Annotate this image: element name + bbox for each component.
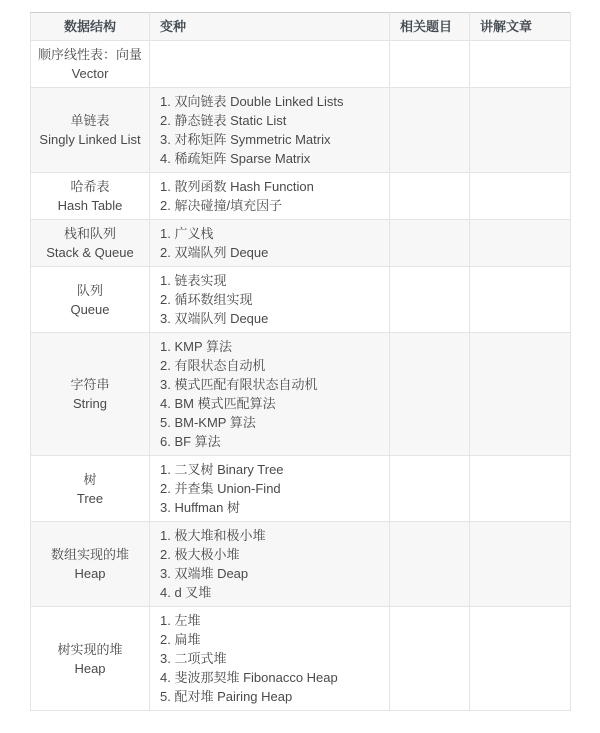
table-row: 栈和队列 Stack & Queue 1. 广义栈2. 双端队列 Deque [31,220,571,267]
variants-cell: 1. 广义栈2. 双端队列 Deque [150,220,390,267]
structure-cell: 树实现的堆 Heap [31,607,150,711]
col-header-variants: 变种 [150,13,390,41]
problems-cell [390,173,470,220]
table-row: 字符串 String 1. KMP 算法2. 有限状态自动机3. 模式匹配有限状… [31,333,571,456]
structure-cell: 字符串 String [31,333,150,456]
structure-cell: 顺序线性表：向量 Vector [31,41,150,88]
articles-cell [470,333,571,456]
articles-cell [470,607,571,711]
variants-cell: 1. 二叉树 Binary Tree2. 并查集 Union-Find3. Hu… [150,456,390,522]
problems-cell [390,220,470,267]
variant-item: 3. Huffman 树 [160,498,379,517]
variants-cell: 1. 散列函数 Hash Function2. 解决碰撞/填充因子 [150,173,390,220]
variant-item: 2. 静态链表 Static List [160,111,379,130]
structure-name-en: Heap [34,564,146,583]
problems-cell [390,456,470,522]
structure-name-en: Vector [34,64,146,83]
variant-item: 4. 斐波那契堆 Fibonacco Heap [160,668,379,687]
variants-cell: 1. 极大堆和极小堆2. 极大极小堆3. 双端堆 Deap4. d 叉堆 [150,522,390,607]
variant-item: 1. 广义栈 [160,224,379,243]
structure-name-en: Tree [34,489,146,508]
articles-cell [470,41,571,88]
structure-name-zh: 栈和队列 [34,224,146,243]
variant-item: 4. d 叉堆 [160,583,379,602]
structure-name-zh: 字符串 [34,375,146,394]
structure-name-en: Hash Table [34,196,146,215]
col-header-structure: 数据结构 [31,13,150,41]
variant-item: 2. 解决碰撞/填充因子 [160,196,379,215]
variants-cell: 1. 链表实现2. 循环数组实现3. 双端队列 Deque [150,267,390,333]
structure-name-zh: 树 [34,470,146,489]
articles-cell [470,267,571,333]
structure-cell: 树 Tree [31,456,150,522]
variant-item: 3. 双端队列 Deque [160,309,379,328]
variants-cell: 1. 左堆2. 扁堆3. 二项式堆4. 斐波那契堆 Fibonacco Heap… [150,607,390,711]
problems-cell [390,41,470,88]
articles-cell [470,88,571,173]
col-header-problems: 相关题目 [390,13,470,41]
variant-item: 2. 并查集 Union-Find [160,479,379,498]
variant-item: 2. 双端队列 Deque [160,243,379,262]
variant-item: 1. 左堆 [160,611,379,630]
table-row: 单链表 Singly Linked List 1. 双向链表 Double Li… [31,88,571,173]
structure-name-zh: 数组实现的堆 [34,545,146,564]
table-row: 顺序线性表：向量 Vector [31,41,571,88]
variants-cell: 1. 双向链表 Double Linked Lists2. 静态链表 Stati… [150,88,390,173]
articles-cell [470,456,571,522]
structure-name-en: String [34,394,146,413]
table-row: 树实现的堆 Heap 1. 左堆2. 扁堆3. 二项式堆4. 斐波那契堆 Fib… [31,607,571,711]
structure-cell: 队列 Queue [31,267,150,333]
variant-item: 1. 极大堆和极小堆 [160,526,379,545]
problems-cell [390,267,470,333]
data-structures-table: 数据结构 变种 相关题目 讲解文章 顺序线性表：向量 Vector 单链表 Si… [30,12,571,711]
variant-item: 1. 链表实现 [160,271,379,290]
variant-item: 6. BF 算法 [160,432,379,451]
structure-cell: 单链表 Singly Linked List [31,88,150,173]
structure-name-zh: 树实现的堆 [34,640,146,659]
variant-item: 4. 稀疏矩阵 Sparse Matrix [160,149,379,168]
variant-item: 3. 二项式堆 [160,649,379,668]
structure-cell: 数组实现的堆 Heap [31,522,150,607]
table-row: 队列 Queue 1. 链表实现2. 循环数组实现3. 双端队列 Deque [31,267,571,333]
structure-name-en: Heap [34,659,146,678]
table-row: 树 Tree 1. 二叉树 Binary Tree2. 并查集 Union-Fi… [31,456,571,522]
problems-cell [390,88,470,173]
structure-name-zh: 哈希表 [34,177,146,196]
articles-cell [470,220,571,267]
variant-item: 1. 二叉树 Binary Tree [160,460,379,479]
structure-name-en: Stack & Queue [34,243,146,262]
variant-item: 5. 配对堆 Pairing Heap [160,687,379,706]
variants-cell: 1. KMP 算法2. 有限状态自动机3. 模式匹配有限状态自动机4. BM 模… [150,333,390,456]
structure-cell: 哈希表 Hash Table [31,173,150,220]
variant-item: 2. 极大极小堆 [160,545,379,564]
page: 数据结构 变种 相关题目 讲解文章 顺序线性表：向量 Vector 单链表 Si… [0,0,600,733]
variant-item: 4. BM 模式匹配算法 [160,394,379,413]
problems-cell [390,607,470,711]
table-row: 哈希表 Hash Table 1. 散列函数 Hash Function2. 解… [31,173,571,220]
structure-name-en: Queue [34,300,146,319]
variant-item: 3. 双端堆 Deap [160,564,379,583]
variant-item: 3. 对称矩阵 Symmetric Matrix [160,130,379,149]
variant-item: 1. 散列函数 Hash Function [160,177,379,196]
structure-cell: 栈和队列 Stack & Queue [31,220,150,267]
structure-name-en: Singly Linked List [34,130,146,149]
variant-item: 2. 扁堆 [160,630,379,649]
variant-item: 5. BM-KMP 算法 [160,413,379,432]
variant-item: 2. 循环数组实现 [160,290,379,309]
variant-item: 3. 模式匹配有限状态自动机 [160,375,379,394]
header-row: 数据结构 变种 相关题目 讲解文章 [31,13,571,41]
problems-cell [390,522,470,607]
articles-cell [470,173,571,220]
problems-cell [390,333,470,456]
table-container: 数据结构 变种 相关题目 讲解文章 顺序线性表：向量 Vector 单链表 Si… [30,12,570,711]
articles-cell [470,522,571,607]
table-row: 数组实现的堆 Heap 1. 极大堆和极小堆2. 极大极小堆3. 双端堆 Dea… [31,522,571,607]
variants-cell [150,41,390,88]
variant-item: 2. 有限状态自动机 [160,356,379,375]
variant-item: 1. 双向链表 Double Linked Lists [160,92,379,111]
structure-name-zh: 单链表 [34,111,146,130]
variant-item: 1. KMP 算法 [160,337,379,356]
structure-name-zh: 队列 [34,281,146,300]
col-header-articles: 讲解文章 [470,13,571,41]
structure-name-zh: 顺序线性表：向量 [34,45,146,64]
